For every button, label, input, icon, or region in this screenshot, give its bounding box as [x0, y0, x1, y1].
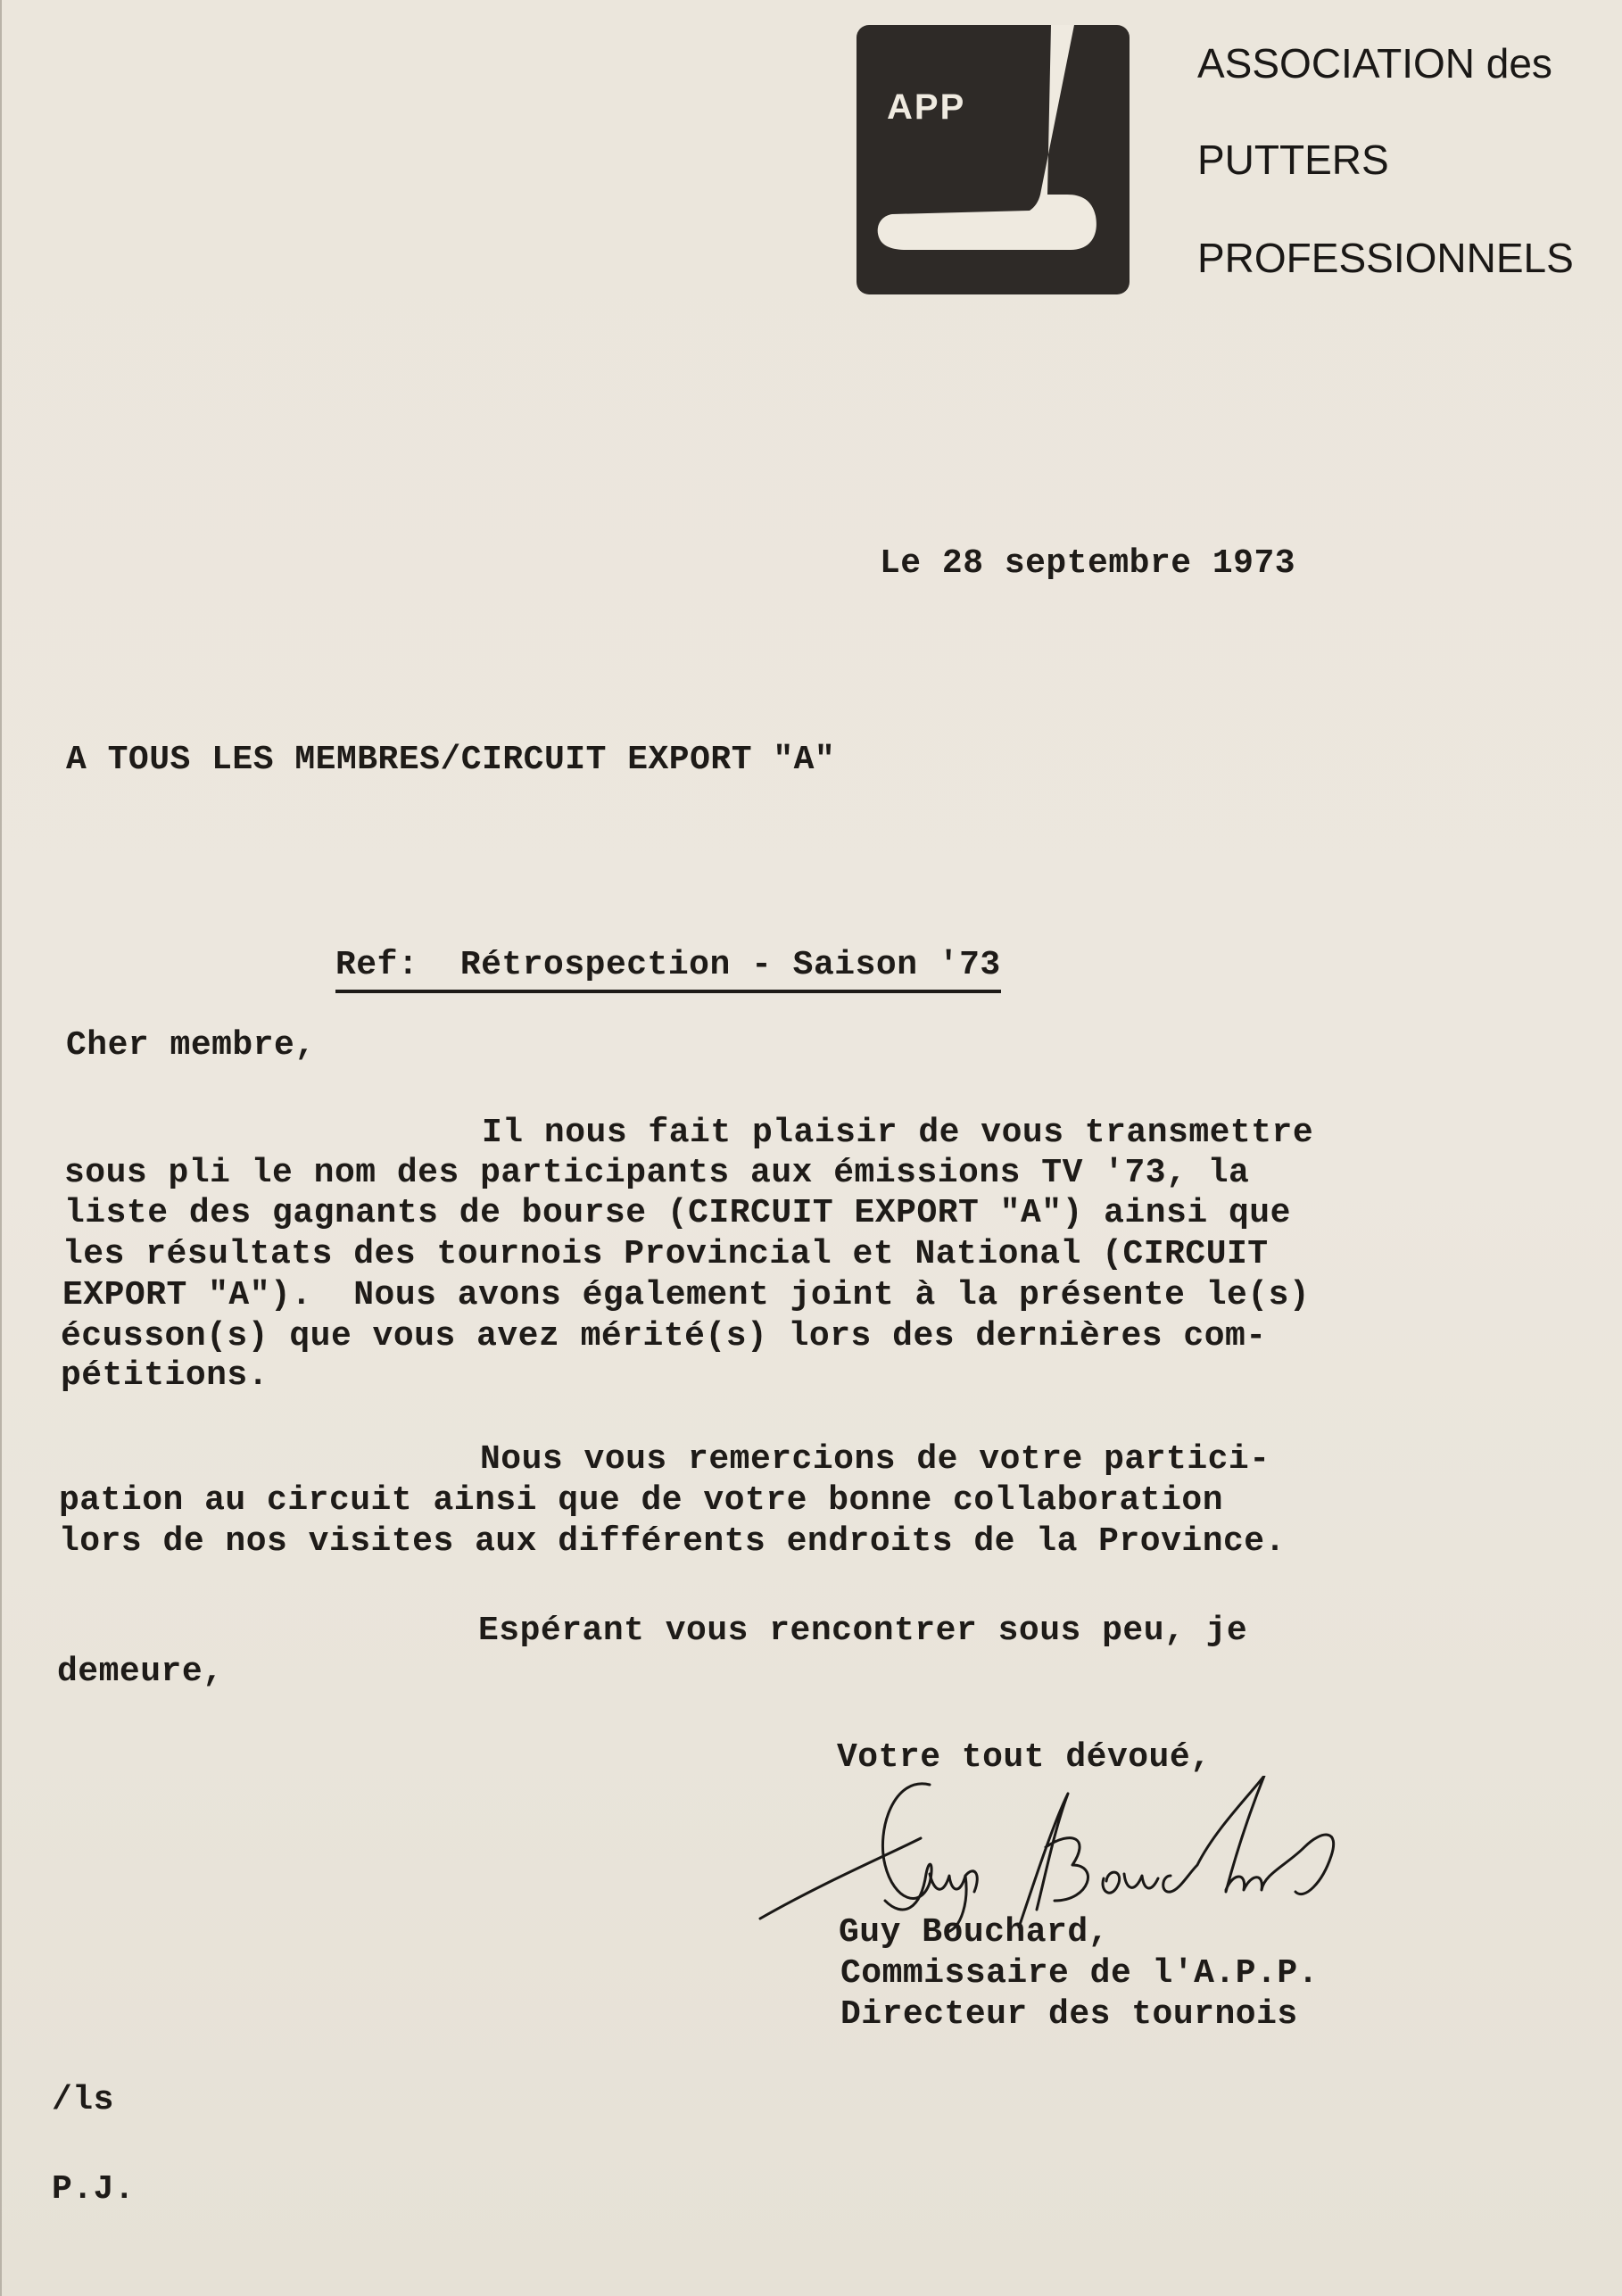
app-logo: APP: [857, 25, 1130, 294]
org-name-line1: ASSOCIATION des: [1197, 39, 1552, 87]
putter-icon: [857, 25, 1130, 294]
reference-line: Ref: Rétrospection - Saison '73: [335, 946, 1001, 993]
paragraph3-line: Espérant vous rencontrer sous peu, je: [478, 1612, 1247, 1650]
letter-page: APP ASSOCIATION des PUTTERS PROFESSIONNE…: [0, 0, 1622, 2296]
paragraph2-line: Nous vous remercions de votre partici-: [480, 1440, 1270, 1479]
paragraph1-line: les résultats des tournois Provincial et…: [62, 1235, 1269, 1273]
recipient-line: A TOUS LES MEMBRES/CIRCUIT EXPORT "A": [66, 741, 835, 779]
letter-date: Le 28 septembre 1973: [880, 544, 1295, 583]
paragraph1-line: EXPORT "A"). Nous avons également joint …: [62, 1276, 1310, 1314]
paragraph2-line: lors de nos visites aux différents endro…: [59, 1522, 1286, 1561]
paragraph1-line: pétitions.: [61, 1356, 269, 1395]
logo-text: APP: [887, 87, 965, 128]
paragraph1-line: écusson(s) que vous avez mérité(s) lors …: [61, 1317, 1267, 1355]
paragraph2-line: pation au circuit ainsi que de votre bon…: [59, 1481, 1223, 1520]
signer-name: Guy Bouchard,: [839, 1913, 1109, 1952]
signer-title-director: Directeur des tournois: [840, 1995, 1298, 2034]
paragraph1-line: liste des gagnants de bourse (CIRCUIT EX…: [64, 1194, 1291, 1232]
org-name-line2: PUTTERS: [1197, 136, 1389, 184]
typist-initials: /ls: [52, 2081, 114, 2119]
paragraph1-line: Il nous fait plaisir de vous transmettre: [482, 1114, 1313, 1152]
closing: Votre tout dévoué,: [837, 1738, 1211, 1777]
org-name-line3: PROFESSIONNELS: [1197, 234, 1574, 282]
paragraph1-line: sous pli le nom des participants aux émi…: [64, 1154, 1249, 1192]
signer-title-commissioner: Commissaire de l'A.P.P.: [840, 1954, 1319, 1993]
enclosure-note: P.J.: [52, 2170, 135, 2209]
paragraph3-line: demeure,: [57, 1653, 223, 1691]
salutation: Cher membre,: [66, 1026, 316, 1065]
handwritten-signature: [751, 1776, 1411, 1936]
